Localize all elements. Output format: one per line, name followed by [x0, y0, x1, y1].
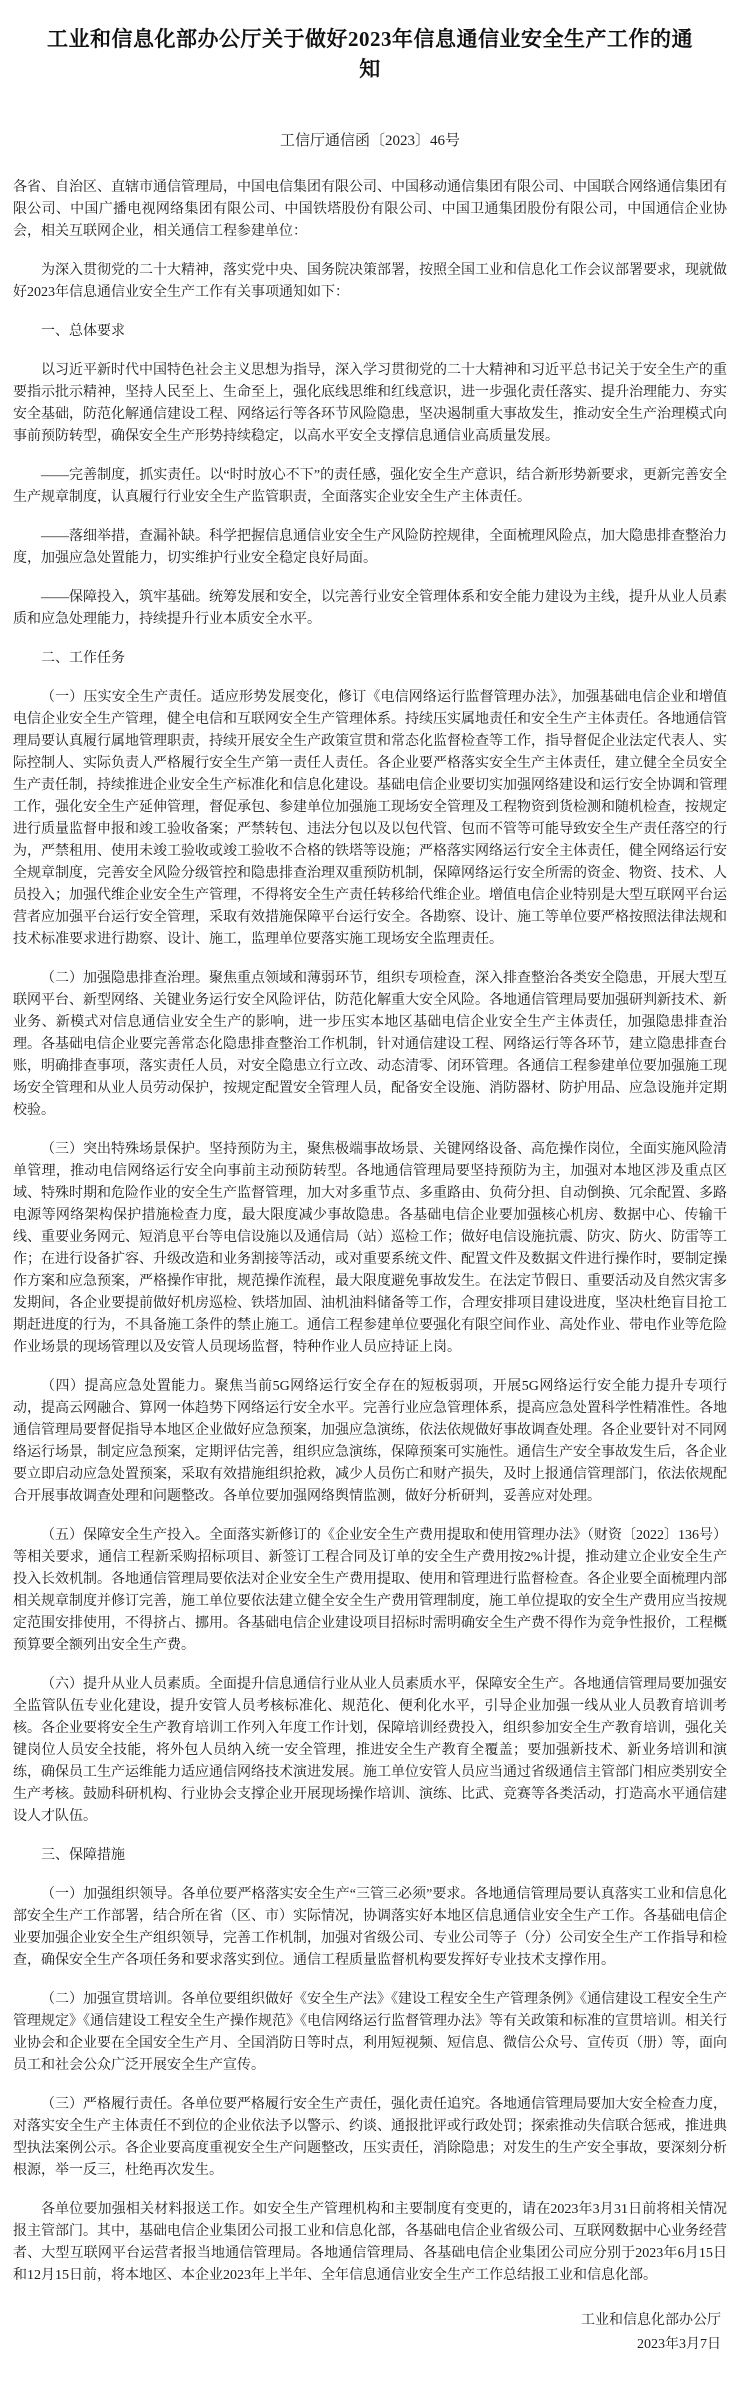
addressee-paragraph: 各省、自治区、直辖市通信管理局，中国电信集团有限公司、中国移动通信集团有限公司、…: [13, 177, 727, 243]
document-title: 工业和信息化部办公厅关于做好2023年信息通信业安全生产工作的通知: [39, 24, 701, 84]
body-paragraph: ——保障投入，筑牢基础。统筹发展和安全，以完善行业安全管理体系和安全能力建设为主…: [13, 587, 727, 631]
body-paragraph: 为深入贯彻党的二十大精神，落实党中央、国务院决策部署，按照全国工业和信息化工作会…: [13, 260, 727, 304]
body-paragraph: （一）加强组织领导。各单位要严格落实安全生产“三管三必须”要求。各地通信管理局要…: [13, 1884, 727, 1972]
body-paragraph: 以习近平新时代中国特色社会主义思想为指导，深入学习贯彻党的二十大精神和习近平总书…: [13, 360, 727, 448]
issue-date: 2023年3月7日: [13, 2333, 721, 2357]
body-paragraph: ——完善制度，抓实责任。以“时时放心不下”的责任感，强化安全生产意识，结合新形势…: [13, 465, 727, 509]
body-paragraph: （三）严格履行责任。各单位要严格履行安全生产责任，强化责任追究。各地通信管理局要…: [13, 2094, 727, 2182]
section-heading: 三、保障措施: [13, 1845, 727, 1867]
body-paragraph: ——落细举措，查漏补缺。科学把握信息通信业安全生产风险防控规律，全面梳理风险点，…: [13, 526, 727, 570]
issuing-office: 工业和信息化部办公厅: [13, 2309, 721, 2333]
body-paragraph: （六）提升从业人员素质。全面提升信息通信行业从业人员素质水平，保障安全生产。各地…: [13, 1674, 727, 1828]
signature-block: 工业和信息化部办公厅 2023年3月7日: [13, 2309, 727, 2357]
body-paragraph: （三）突出特殊场景保护。坚持预防为主，聚焦极端事故场景、关键网络设备、高危操作岗…: [13, 1139, 727, 1359]
document-number: 工信厅通信函〔2023〕46号: [13, 131, 727, 151]
body-paragraph: （二）加强宣贯培训。各单位要组织做好《安全生产法》《建设工程安全生产管理条例》《…: [13, 1989, 727, 2077]
body-paragraph: （五）保障安全生产投入。全面落实新修订的《企业安全生产费用提取和使用管理办法》（…: [13, 1525, 727, 1657]
notice-document-page: 工业和信息化部办公厅关于做好2023年信息通信业安全生产工作的通知 工信厅通信函…: [0, 0, 740, 2381]
body-paragraph: （四）提高应急处置能力。聚焦当前5G网络运行安全存在的短板弱项，开展5G网络运行…: [13, 1376, 727, 1508]
body-paragraph: 各单位要加强相关材料报送工作。如安全生产管理机构和主要制度有变更的，请在2023…: [13, 2199, 727, 2287]
section-heading: 二、工作任务: [13, 648, 727, 670]
body-paragraph: （一）压实安全生产责任。适应形势发展变化，修订《电信网络运行监督管理办法》，加强…: [13, 687, 727, 951]
section-heading: 一、总体要求: [13, 321, 727, 343]
body-paragraph: （二）加强隐患排查治理。聚焦重点领域和薄弱环节，组织专项检查，深入排查整治各类安…: [13, 968, 727, 1122]
document-body: 各省、自治区、直辖市通信管理局，中国电信集团有限公司、中国移动通信集团有限公司、…: [13, 177, 727, 2287]
